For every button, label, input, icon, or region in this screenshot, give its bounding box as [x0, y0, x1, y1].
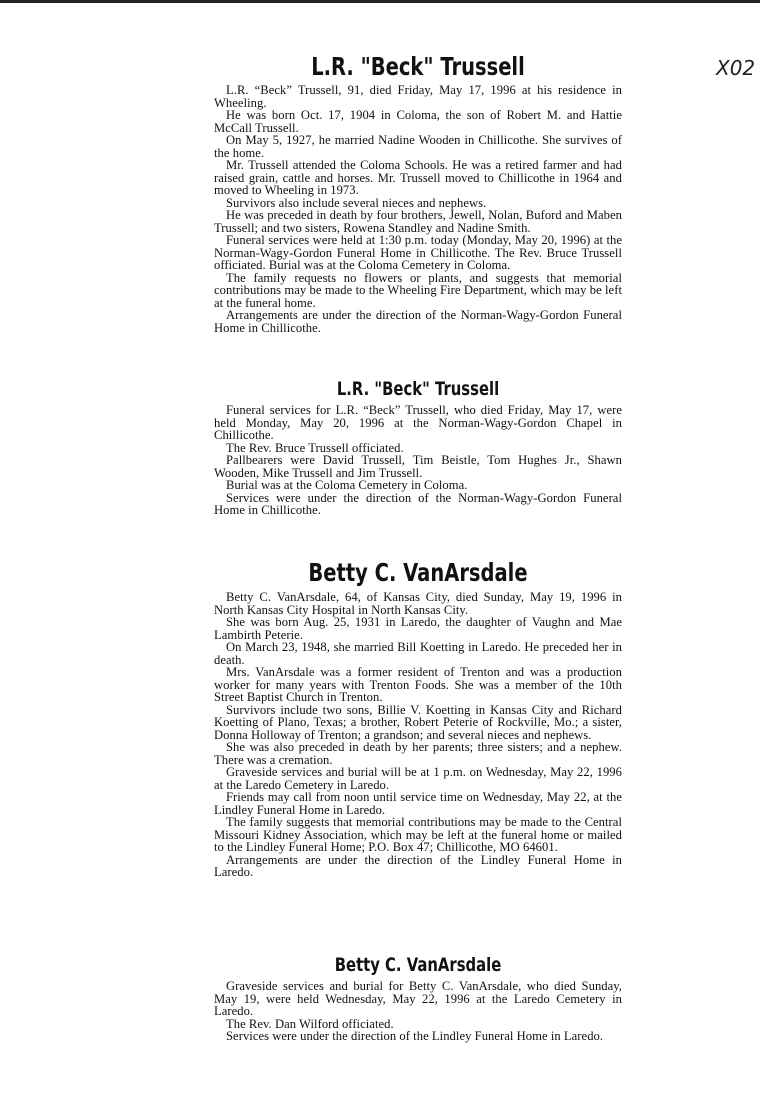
- obituary-paragraph: Graveside services and burial will be at…: [214, 766, 622, 791]
- funeral-notice-body: Funeral services for L.R. “Beck” Trussel…: [214, 404, 622, 517]
- obituary-vanarsdale: Betty C. VanArsdale Betty C. VanArsdale,…: [214, 559, 622, 879]
- obituary-paragraph: Mrs. VanArsdale was a former resident of…: [214, 666, 622, 704]
- handwritten-reference-mark: X02: [716, 56, 755, 80]
- funeral-notice-body: Graveside services and burial for Betty …: [214, 980, 622, 1043]
- funeral-notice-paragraph: Burial was at the Coloma Cemetery in Col…: [214, 479, 622, 492]
- obituary-paragraph: Arrangements are under the direction of …: [214, 309, 622, 334]
- obituary-paragraph: He was preceded in death by four brother…: [214, 209, 622, 234]
- page-top-rule: [0, 0, 760, 3]
- obituary-paragraph: She was born Aug. 25, 1931 in Laredo, th…: [214, 616, 622, 641]
- obituary-body: Betty C. VanArsdale, 64, of Kansas City,…: [214, 591, 622, 879]
- funeral-notice-paragraph: Services were under the direction of the…: [214, 492, 622, 517]
- funeral-notice-paragraph: Pallbearers were David Trussell, Tim Bei…: [214, 454, 622, 479]
- funeral-notice-paragraph: Services were under the direction of the…: [214, 1030, 622, 1043]
- funeral-notice-paragraph: Graveside services and burial for Betty …: [214, 980, 622, 1018]
- funeral-notice-heading: L.R. "Beck" Trussell: [259, 378, 577, 400]
- obituary-body: L.R. “Beck” Trussell, 91, died Friday, M…: [214, 84, 622, 334]
- obituary-paragraph: The family suggests that memorial contri…: [214, 816, 622, 854]
- obituary-paragraph: Betty C. VanArsdale, 64, of Kansas City,…: [214, 591, 622, 616]
- obituary-paragraph: Arrangements are under the direction of …: [214, 854, 622, 879]
- obituary-paragraph: Survivors include two sons, Billie V. Ko…: [214, 704, 622, 742]
- funeral-notice-paragraph: Funeral services for L.R. “Beck” Trussel…: [214, 404, 622, 442]
- funeral-notice-heading: Betty C. VanArsdale: [259, 954, 577, 976]
- obituary-trussell: L.R. "Beck" Trussell L.R. “Beck” Trussel…: [214, 53, 622, 334]
- obituary-paragraph: He was born Oct. 17, 1904 in Coloma, the…: [214, 109, 622, 134]
- obituary-paragraph: L.R. “Beck” Trussell, 91, died Friday, M…: [214, 84, 622, 109]
- obituary-paragraph: The family requests no flowers or plants…: [214, 272, 622, 310]
- obituary-paragraph: On March 23, 1948, she married Bill Koet…: [214, 641, 622, 666]
- obituary-paragraph: Mr. Trussell attended the Coloma Schools…: [214, 159, 622, 197]
- funeral-notice-vanarsdale: Betty C. VanArsdale Graveside services a…: [214, 954, 622, 1043]
- obituary-paragraph: On May 5, 1927, he married Nadine Wooden…: [214, 134, 622, 159]
- obituary-paragraph: Funeral services were held at 1:30 p.m. …: [214, 234, 622, 272]
- obituary-heading: L.R. "Beck" Trussell: [259, 53, 577, 81]
- obituary-heading: Betty C. VanArsdale: [259, 559, 577, 587]
- funeral-notice-trussell: L.R. "Beck" Trussell Funeral services fo…: [214, 378, 622, 517]
- obituary-paragraph: Friends may call from noon until service…: [214, 791, 622, 816]
- obituary-paragraph: She was also preceded in death by her pa…: [214, 741, 622, 766]
